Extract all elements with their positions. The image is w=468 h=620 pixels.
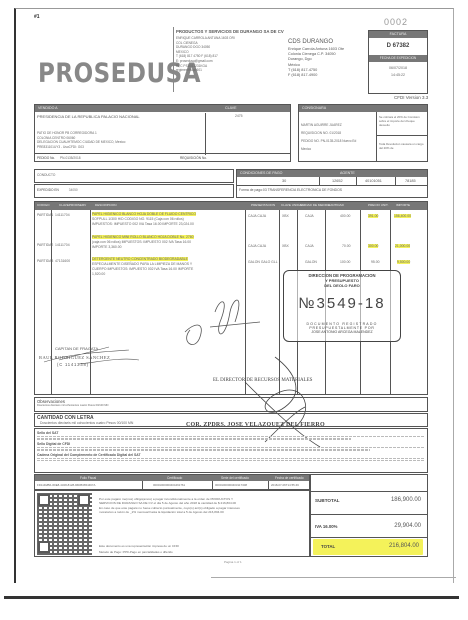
items-header: CODIGO CLAVEPRODSERV DESCRIPCION PRESENT…	[35, 202, 427, 210]
row-unit: GALON	[305, 260, 317, 264]
consignee-line: MARTIN AGUIRRE JUAREZ	[301, 121, 356, 129]
company-name: PRODUCTOS Y SERVICIOS DE DURANGO SA DE C…	[176, 29, 284, 34]
clave-value: 2475	[235, 114, 243, 118]
col-header: CODIGO	[37, 202, 50, 209]
pedido-value: PN-0135/2018	[60, 156, 81, 160]
divider	[356, 177, 357, 185]
sold-to-name: PRESIDENCIA DE LA REPUBLICA PALACIO NACI…	[37, 114, 140, 119]
observations-section: Observaciones Doscientos dieciseis mil o…	[34, 397, 428, 412]
row-unit: CAJA	[305, 214, 314, 218]
page-number: Pagina 1 of 1	[224, 560, 242, 564]
consignee-line: Mexico	[301, 145, 356, 153]
captain-title: CAPITAN DE FRAGATA	[55, 346, 98, 351]
cfdi-seal-text	[37, 449, 370, 450]
subtotal-label: SUBTOTAL	[315, 498, 340, 503]
divider	[376, 112, 377, 162]
consignee-lines: MARTIN AGUIRRE JUAREZ REQUISICION NO. 01…	[301, 121, 356, 153]
total-label: TOTAL	[321, 544, 335, 549]
conducto-label: CONDUCTO	[37, 173, 233, 178]
captain-name: RAUL RODRIGUEZ SANCHEZ	[39, 355, 110, 360]
issuer-address: ENRIQUE CARROLA ANTUNA 1603 ORI COL CIEN…	[176, 36, 235, 73]
captain-id: (C 1141338)	[57, 362, 89, 367]
sold-to-header: VENDIDO A CLAVE	[35, 105, 290, 112]
row-unit: CAJA	[305, 244, 314, 248]
pagare-section: Por este pagaré me(nos) obligo(amos) a p…	[34, 490, 310, 557]
sold-to-label: VENDIDO A	[38, 106, 58, 110]
row-price: 391.00	[368, 214, 378, 218]
fiscal-col: Folio Fiscal	[80, 475, 96, 481]
consignee-section: CONSIGNARA MARTIN AGUIRRE JUAREZ REQUISI…	[298, 104, 428, 162]
row-description: PAPEL HIGIENICO BLANCO HOJA DOBLE DE FLU…	[92, 212, 196, 227]
certificate: 00001000000404491761	[153, 483, 185, 487]
payment-form: Forma de pago:03 TRANSFERENCIA ELECTRONI…	[239, 188, 342, 192]
branch-name: CDS DURANGO	[288, 39, 333, 45]
consignee-note: Toda Devolucion causara un cargo del 20%…	[379, 143, 425, 151]
fiscal-col: Serie del certificado	[221, 475, 249, 481]
row-price: 300.00	[368, 244, 378, 248]
qr-finder	[38, 541, 50, 553]
total-value: 216,804.00	[389, 543, 419, 549]
iva-value: 29,904.00	[394, 523, 421, 529]
subtotal-value: 186,900.00	[391, 497, 421, 503]
divider	[311, 491, 428, 492]
col-header: PRESENTACION	[251, 202, 275, 209]
clave-label: CLAVE	[225, 105, 237, 112]
conducto-section: CONDUCTO	[34, 169, 234, 183]
row-amount: 156,400.00	[394, 214, 411, 218]
row-description: PAPEL HIGIENICO MINI ROLLO BLANCO HOJA D…	[92, 235, 194, 250]
registration-stamp: DIRECCION DE PROGRAMACION Y PRESUPUESTO …	[283, 270, 401, 342]
expedido-section: EXPEDIDO EN34050	[34, 184, 234, 198]
divider	[35, 153, 290, 154]
certificate-serial: 00001000000403117308	[215, 483, 247, 487]
row-code: PARTIDA1	[37, 213, 53, 217]
desc-line: IMPUESTOS: IMPUESTO 002 IVA Tasa 16.00 I…	[92, 222, 196, 227]
desc-line: CUERPO IMPUESTOS: IMPUESTO 002 IVA Tasa …	[92, 267, 193, 272]
date-label: FECHA DE EXPEDICION	[369, 55, 427, 62]
chain-text	[37, 458, 425, 459]
divider	[268, 481, 269, 490]
expedido-label: EXPEDIDO EN	[37, 188, 59, 192]
row-price: 95.00	[371, 260, 380, 264]
stamp-line: DEL DEOLO FARO	[284, 283, 400, 288]
consignee-note: Se cobrara el 20% de Comision sobre el i…	[379, 116, 425, 127]
invoice-label: FACTURA	[369, 31, 427, 38]
row-qty: 400.00	[340, 214, 350, 218]
row-unit-key: XBX	[282, 214, 289, 218]
address-line: ENRIQUE CARROLA ANTUNA 1603 ORI	[176, 36, 235, 41]
fiscal-col: Fecha de certificado	[275, 475, 304, 481]
divider	[211, 577, 456, 578]
cfdi-seal-label: Sello Digital de CFDI	[37, 442, 427, 446]
row-presentation: CAJA CAJA	[248, 214, 266, 218]
page-edge	[4, 596, 459, 599]
agent-value: 12652	[332, 179, 343, 183]
sat-seal-label: Sello del SAT	[37, 431, 427, 435]
col-header: DESCRIPCION	[95, 202, 117, 209]
divider	[319, 177, 320, 185]
expedido-value: 34050	[69, 188, 78, 192]
payment-header: CONDICIONES DE PAGO AGENTE	[237, 170, 427, 177]
col-header: IMPORTE	[396, 202, 410, 209]
col-header: CLAVEPRODSERV	[59, 202, 86, 209]
invoice-date: 06/07/2018	[369, 66, 427, 70]
divider	[173, 27, 174, 92]
col-header: UNIDAD DE MEDIDA	[300, 202, 330, 209]
agent-label: AGENTE	[340, 170, 355, 177]
cfdi-seal-text	[37, 447, 425, 448]
agent-value: 78185	[405, 179, 416, 183]
divider	[311, 537, 428, 538]
payment-values: 30 12652 40101051 78185	[237, 177, 428, 185]
address-line: regimen fiscal 601	[176, 68, 235, 73]
row-qty: 70.00	[342, 244, 351, 248]
desc-line: 1,520.00	[92, 272, 193, 277]
divider	[395, 177, 396, 185]
qr-code-icon	[37, 493, 92, 555]
payment-method: Metodo de Pago: PPD-Pago en parcialidade…	[99, 550, 173, 555]
stamp-number: №3549-18	[284, 295, 400, 312]
chain-text	[37, 460, 425, 461]
invoice-page: #1 0002 PROSEDUSA PRODUCTOS Y SERVICIOS …	[14, 8, 454, 583]
cfdi-note: Este documento es una representación imp…	[99, 544, 179, 549]
sat-seal-text	[37, 436, 425, 437]
iva-label: IVA 16.00%	[315, 524, 337, 529]
row-amount: 21,000.00	[395, 244, 410, 248]
row-amount: 9,500.00	[397, 260, 410, 264]
payment-section: CONDICIONES DE PAGO AGENTE 30 12652 4010…	[236, 169, 428, 198]
branch-line: F (618) 817-4900	[288, 73, 344, 78]
sold-to-address: PATIO DE HONOR PB CORREGIDORA 1 COLONIA …	[37, 131, 125, 149]
pagare-text: Por este pagaré me(nos) obligo(amos) a p…	[99, 497, 240, 515]
divider	[376, 135, 428, 136]
address-line: PRE831101UY3 - UsoCFDI: G03	[37, 145, 125, 150]
branch-address: Enrique Carrola Antuna 1603 Ote Colonia …	[288, 47, 344, 78]
doc-marker: #1	[34, 15, 40, 20]
requisicion-label: REQUISICIÓN No.	[180, 156, 207, 161]
row-prodserv: 47131600	[55, 259, 70, 263]
divider	[142, 481, 143, 490]
items-table: CODIGO CLAVEPRODSERV DESCRIPCION PRESENT…	[34, 201, 428, 395]
row-code: PARTIDA2	[37, 243, 53, 247]
divider	[212, 481, 213, 490]
divider	[237, 185, 428, 186]
sold-to-section: VENDIDO A CLAVE 2475 PRESIDENCIA DE LA R…	[34, 104, 291, 162]
chain-label: Cadena Original del Complemento de Certi…	[37, 453, 427, 457]
certificate-date: 2018-07-06T14:55:46	[271, 483, 299, 487]
row-presentation: GALON GALO GLL	[248, 260, 278, 264]
row-description: DETERGENTE NEUTRO CONCENTRADO BIODEGRADA…	[92, 257, 193, 277]
pedido-row: PEDIDO No. PN-0135/2018	[37, 156, 81, 161]
col-header: CANTIDAD	[328, 202, 344, 209]
payment-conditions-label: CONDICIONES DE PAGO	[240, 171, 282, 175]
row-prodserv: 14111704	[55, 243, 70, 247]
fiscal-section: Folio Fiscal Certificado Serie del certi…	[34, 474, 310, 490]
col-header: PRECIO UNIT.	[368, 202, 388, 209]
sat-seal-text	[37, 438, 351, 439]
row-qty: 100.00	[340, 260, 350, 264]
folio-number: 0002	[384, 17, 408, 27]
payment-days: 30	[282, 179, 286, 183]
row-unit-key: XBX	[282, 244, 289, 248]
qr-finder	[38, 494, 50, 506]
pagare-line: moratorios a razón de _2% mensual hasta …	[99, 510, 240, 514]
divider	[205, 113, 206, 155]
invoice-time: 14:45:22	[369, 73, 427, 77]
agent-value: 40101051	[365, 179, 382, 183]
cfdi-version: CFDI Version 3.3	[394, 95, 428, 100]
row-presentation: CAJA CAJA	[248, 244, 266, 248]
folio-fiscal: FD11D2B6-3DE8-4328-8128-96DB3654467A	[37, 483, 95, 487]
stamp-footer: JOSE ANTONIO ARCEGA MALENDEZ	[284, 330, 400, 334]
desc-line: IMPORTE 3,360.00	[92, 245, 194, 250]
observations-text: Doscientos dieciseis mil ochocientos cua…	[37, 404, 427, 409]
seals-section: Sello del SAT Sello Digital de CFDI Cade…	[34, 428, 428, 473]
fiscal-col: Certificado	[167, 475, 182, 481]
row-code: PARTIDA3	[37, 259, 53, 263]
consignee-line: REQUISICION NO. 01/2018	[301, 129, 356, 137]
pedido-label: PEDIDO No.	[37, 156, 55, 160]
consignee-header: CONSIGNARA	[299, 105, 427, 112]
invoice-box: FACTURA D 67382 FECHA DE EXPEDICION 06/0…	[368, 30, 428, 94]
row-prodserv: 14111704	[55, 213, 70, 217]
consignee-line: PEDIDO NO. PN-0135-2018 Nuevo Ed	[301, 137, 356, 145]
invoice-number: D 67382	[369, 43, 427, 49]
totals-section: SUBTOTAL 186,900.00 IVA 16.00% 29,904.00…	[310, 474, 428, 557]
qr-finder	[78, 494, 90, 506]
divider	[311, 514, 428, 515]
